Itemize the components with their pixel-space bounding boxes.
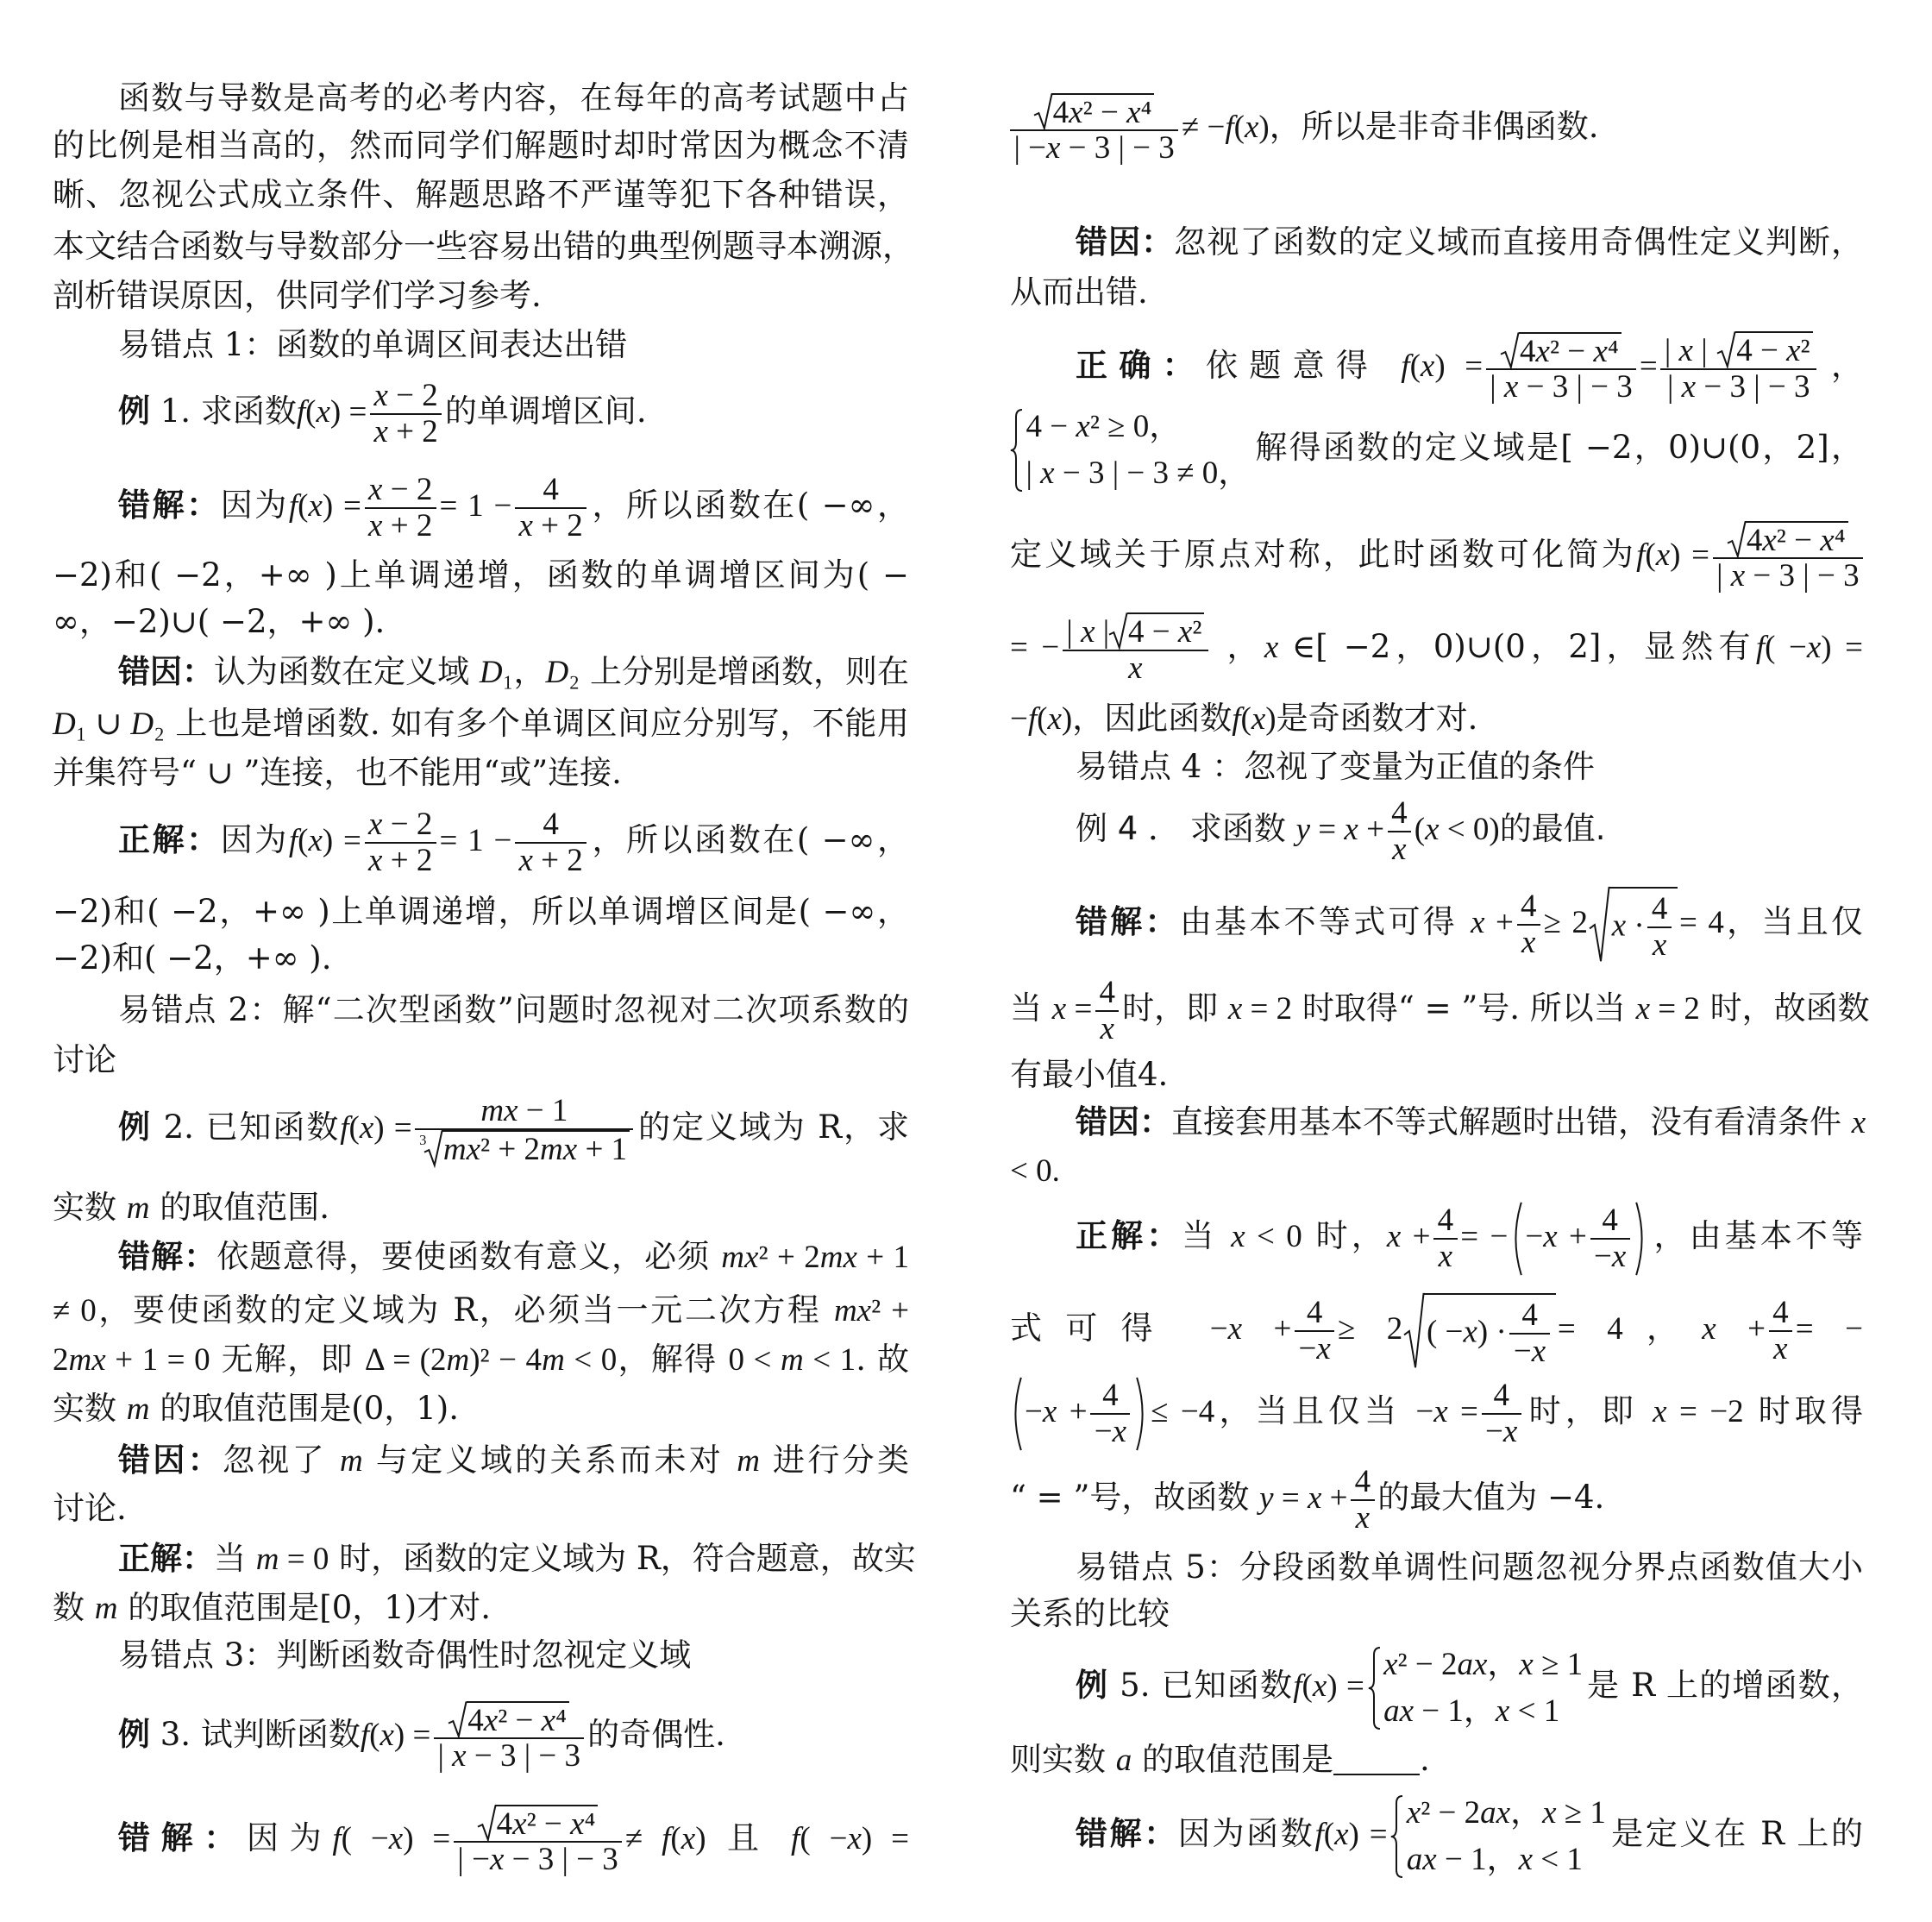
fraction: 4x² − x⁴| x − 3 | − 3 [1486,332,1636,405]
text: 的最大值为 −4. [1377,1479,1604,1516]
text: 依题意得 [1206,347,1401,384]
condition-row: | x − 3 | − 3 ≠ 0， [1026,450,1251,497]
fraction: 4x [1388,796,1411,867]
math: = − [1796,1311,1863,1347]
example-number: 1. [150,393,191,430]
fraction: x − 2x + 2 [370,379,442,449]
numerator: 4 [1433,1203,1457,1238]
math: f(x) = [340,1110,411,1146]
text: 定义域关于原点对称，此时函数可化简为 [1010,536,1636,573]
radical-sign [1590,887,1610,963]
text: . [1420,1741,1430,1778]
denominator: x + 2 [365,842,436,878]
example-1: 例 1. 求函数f(x) =x − 2x + 2的单调增区间. [118,387,909,436]
text: 且 [706,1819,792,1856]
text: 实数 [53,1189,127,1226]
math: f(x) = [1293,1668,1364,1704]
math: x + [1702,1311,1766,1347]
text: 试判断函数 [201,1716,361,1753]
radicand: x ·4x [1609,887,1678,963]
text: 求函数 [1180,810,1296,847]
fraction: 4x² − x⁴| −x − 3 | − 3 [1010,93,1178,166]
math: f(x) = [289,823,361,858]
wrong-solution-line: 有最小值4. [1010,1051,1863,1099]
label-correct-solution: 正解： [118,1540,214,1577]
right-parenthesis [1635,1202,1647,1276]
wrong-solution-line: 错解：因为函数f(x) =x² − 2ax，x ≥ 1ax − 1，x < 1是… [1076,1810,1863,1858]
radical-sign [1717,332,1735,367]
numerator: 4x² − x⁴ [1486,332,1636,368]
piece-row: ax − 1，x < 1 [1383,1688,1583,1735]
math: D₂ [546,655,580,690]
math: D₁ [480,655,514,690]
math: = 1 − [439,488,511,524]
denominator: x + 2 [515,842,586,878]
correct-solution-line: −x +4−x≤ −4，当且仅当 −x =4−x时，即 x = −2 时取得 [1010,1387,1863,1435]
label-correct-solution: 正确： [1076,347,1206,384]
wrong-reason-line: 并集符号“ ∪ ”连接，也不能用“或”连接. [53,749,909,797]
square-root: ( −x) ·4−x [1404,1293,1556,1369]
math: x [1852,1105,1866,1140]
intro-line: 本文结合函数与导数部分一些容易出错的典型例题寻本溯源， [53,223,909,271]
wrong-solution-line: 错解：因为f( −x) =4x² − x⁴| −x − 3 | − 3≠ f(x… [118,1814,909,1862]
cube-root: 3mx² + 2mx + 1 [419,1130,630,1166]
text: 无解，即 [210,1341,365,1378]
wrong-solution-line: 错解：由基本不等式可得 x +4x≥ 2x ·4x= 4，当且仅 [1076,898,1863,946]
math: x + [1471,905,1514,940]
text: “ = ”号，故函数 [1010,1479,1259,1516]
text: 上分别是增函数，则在 [580,653,909,690]
text: ，解得 [617,1341,728,1378]
text: 的取值范围是(0，1). [150,1390,459,1427]
numerator: 4 [1388,796,1411,831]
numerator: 4 [1590,1203,1630,1238]
math: ≠ 0 [53,1293,97,1328]
fraction: 4−x [1090,1379,1130,1449]
fraction: x − 2x + 2 [365,473,436,543]
example-label: 例 [118,393,150,430]
denominator: x [1769,1330,1792,1366]
denominator: | −x − 3 | − 3 [454,1841,622,1877]
math: f(x) = [361,1718,431,1753]
denominator: −x [1590,1238,1630,1274]
fraction: 4x [1517,889,1540,960]
numerator: 4 [1769,1296,1792,1330]
numerator: 4 [1517,889,1540,924]
text: . 故 [856,1341,909,1378]
numerator: 4 [1090,1379,1130,1413]
math: f(x) [1232,701,1276,737]
math: f( −x) = [791,1821,909,1856]
intro-line: 的比例是相当高的，然而同学们解题时却时常因为概念不清 [53,122,909,170]
text: 时，故函数 [1700,989,1870,1027]
fraction: 4x [1351,1465,1374,1536]
radicand: 4x² − x⁴ [467,1701,569,1737]
text: 的取值范围是 [1132,1741,1333,1778]
numerator: | x | 4 − x² [1660,331,1816,368]
text: 因为 [221,821,289,858]
fraction: 4−x [1509,1298,1549,1369]
section-heading-2: 易错点 2：解“二次型函数”问题时忽视对二次项系数的 [118,986,909,1034]
example-5: 例 5. 已知函数f(x) =x² − 2ax，x ≥ 1ax − 1，x < … [1076,1661,1863,1710]
text: ，所以函数在( −∞， [590,821,909,858]
numerator: x − 2 [370,379,442,413]
fraction: 4x [1433,1203,1457,1274]
denominator: 3mx² + 2mx + 1 [415,1128,633,1166]
math: f(x) = [1401,349,1483,384]
text: 的最值. [1500,810,1606,847]
example-2: 例 2. 已知函数f(x) =mx − 13mx² + 2mx + 1的定义域为… [118,1103,909,1152]
math: D₁ ∪ D₂ [53,707,165,742]
text: 则实数 [1010,1741,1116,1778]
denominator: x [1063,650,1208,686]
denominator: −x [1090,1413,1130,1449]
text: ，所以是非奇非偶函数. [1270,108,1599,145]
text: 因为 [221,487,289,524]
text: ， [1623,1310,1702,1347]
numerator: | x |4 − x² [1063,612,1208,650]
math: ≠ −f(x) [1182,110,1270,145]
wrong-solution-line: 错解：依题意得，要使函数有意义，必须 mx² + 2mx + 1 [118,1233,909,1281]
math: −x + [1025,1394,1088,1429]
fraction: | x | 4 − x²| x − 3 | − 3 [1660,331,1816,405]
text: 的定义域为 R，求 [637,1109,909,1146]
denominator: | −x − 3 | − 3 [1010,129,1178,166]
correct-solution-line: 正解：当 m = 0 时，函数的定义域为 R，符合题意，故实 [118,1535,909,1583]
left-brace [1010,409,1024,492]
math: = 1 − [439,823,511,858]
math: m [127,1190,150,1226]
correct-solution-line: 数 m 的取值范围是[0，1)才对. [53,1584,909,1632]
wrong-solution-line: ≠ 0，要使函数的定义域为 R，必须当一元二次方程 mx² + [53,1286,909,1335]
example-label: 例 [118,1109,152,1146]
text: 的单调增区间. [445,393,647,430]
text: 式可得 [1010,1310,1210,1347]
correct-solution-line: 4 − x² ≥ 0，| x − 3 | − 3 ≠ 0，解得函数的定义域是[ … [1010,424,1863,472]
radical-sign [1404,1293,1425,1369]
denominator: x [1388,831,1411,867]
text: 进行分类 [760,1441,909,1479]
intro-line: 函数与导数是高考的必考内容，在每年的高考试题中占 [118,74,909,122]
left-parenthesis [1510,1202,1522,1276]
fraction: 4x² − x⁴| x − 3 | − 3 [434,1701,584,1774]
wrong-reason-line: 错因：认为函数在定义域 D₁，D₂ 上分别是增函数，则在 [118,648,909,696]
square-root: 4 − x² [1717,331,1812,367]
label-wrong-reason: 错因： [118,653,214,690]
example-3: 例 3. 试判断函数f(x) =4x² − x⁴| x − 3 | − 3的奇偶… [118,1711,909,1759]
math: f(x) = [1314,1817,1387,1852]
wrong-solution-line: 4x² − x⁴| −x − 3 | − 3≠ −f(x)，所以是非奇非偶函数. [1010,103,1863,151]
denominator: x + 2 [365,507,436,543]
numerator: 4 [1647,892,1671,926]
numerator: 4 [1295,1296,1334,1330]
piecewise-function: x² − 2ax，x ≥ 1ax − 1，x < 1 [1368,1642,1584,1735]
math: f( −x) = [332,1821,450,1856]
wrong-solution-line: 2mx + 1 = 0 无解，即 Δ = (2m)² − 4m < 0，解得 0… [53,1335,909,1384]
math: 0 < m < 1 [729,1342,856,1378]
text: ，当且仅 [1724,903,1863,940]
text: 是定义在 R 上的 [1609,1815,1863,1852]
text: 的取值范围. [150,1189,330,1226]
math: = − [1460,1219,1508,1254]
fraction: 4x [1647,892,1671,963]
denominator: | x − 3 | − 3 [1713,557,1863,594]
radical-sign [1728,522,1746,557]
math: y = x + [1296,812,1384,847]
wrong-reason-line: 错因：忽视了函数的定义域而直接用奇偶性定义判断， [1076,218,1863,267]
wrong-reason-line: < 0. [1010,1146,1863,1195]
radicand: 4 − x² [1735,331,1813,367]
label-wrong-solution: 错解： [1076,1815,1178,1852]
radicand: 4x² − x⁴ [1519,332,1621,368]
wrong-solution-line: −2)和( −2，+∞ )上单调递增，函数的单调增区间为( − [53,551,909,600]
math: = [1640,349,1658,384]
condition-row: 4 − x² ≥ 0， [1026,404,1251,450]
math: m [737,1443,760,1479]
math: −f(x) [1010,701,1072,737]
square-root: 4x² − x⁴ [478,1805,599,1841]
label-correct-solution: 正解： [1076,1217,1182,1254]
text: 忽视了函数的定义域而直接用奇偶性定义判断， [1174,223,1863,261]
fraction: 4x + 2 [515,807,586,878]
fraction: 4x [1095,976,1119,1046]
right-parenthesis [1136,1377,1148,1451]
math: x = −2 [1653,1394,1744,1429]
square-root: 4x² − x⁴ [448,1701,569,1737]
text: 时取得“ = ”号. 所以当 [1292,989,1635,1027]
math: mx² + 2mx + 1 [721,1240,909,1275]
correct-solution-line: 正确：依题意得 f(x) =4x² − x⁴| x − 3 | − 3=| x … [1076,342,1863,390]
wrong-solution-line: 当 x =4x时，即 x = 2 时取得“ = ”号. 所以当 x = 2 时，… [1010,984,1863,1033]
fraction: 4x + 2 [515,473,586,543]
square-root: 4x² − x⁴ [1034,93,1155,129]
fraction: 4x² − x⁴| x − 3 | − 3 [1713,521,1863,594]
denominator: x [1433,1238,1457,1274]
math: | x | [1665,333,1708,368]
math: x · [1612,908,1645,943]
fraction: 4−x [1295,1296,1334,1366]
numerator: 4 [1482,1379,1521,1413]
fraction: | x |4 − x²x [1063,612,1208,686]
fraction: 4−x [1590,1203,1630,1274]
text: 时，即 [1524,1392,1653,1429]
denominator: x [1647,926,1671,963]
label-wrong-reason: 错因： [1076,1103,1171,1140]
fraction: 4x² − x⁴| −x − 3 | − 3 [454,1805,622,1877]
text: ， [1211,628,1264,665]
math: 2mx + 1 = 0 [53,1342,210,1378]
correct-solution-line: 正解：当 x < 0 时，x +4x= −−x +4−x，由基本不等 [1076,1212,1863,1260]
text: 依题意得，要使函数有意义，必须 [216,1238,721,1275]
text: 时取得 [1744,1392,1863,1429]
label-correct-solution: 正解： [118,821,221,858]
example-4: 例 4 ． 求函数 y = x +4x(x < 0)的最值. [1076,805,1863,853]
text: 认为函数在定义域 [214,653,480,690]
math: x < 0 [1231,1219,1302,1254]
text: 时，即 [1122,989,1228,1027]
text: 与定义域的关系而未对 [363,1441,737,1479]
correct-solution-line: 正解：因为f(x) =x − 2x + 2= 1 −4x + 2，所以函数在( … [118,816,909,864]
math: x ∈ [1264,630,1315,665]
example-5-cont: 则实数 a 的取值范围是. [1010,1736,1863,1784]
math: ≤ −4 [1151,1394,1214,1429]
correct-solution-line: −2)和( −2，+∞ ). [53,934,909,983]
text: ， [514,653,546,690]
numerator: mx − 1 [415,1094,633,1128]
radicand: 4x² − x⁴ [1051,93,1154,129]
example-label: 例 [118,1716,150,1753]
math: ≥ 2 [1338,1311,1402,1347]
denominator: | x − 3 | − 3 [434,1737,584,1774]
math: x = 2 [1228,991,1292,1027]
example-number: 3. [150,1716,191,1753]
piece-row: ax − 1，x < 1 [1407,1837,1606,1883]
fraction: 4x [1769,1296,1792,1366]
fraction: 4−x [1482,1379,1521,1449]
denominator: −x [1482,1413,1521,1449]
denominator: | x − 3 | − 3 [1486,368,1636,405]
math: = 4 [1558,1311,1623,1347]
numerator: 4 [1509,1298,1549,1333]
text: 解得函数的定义域是[ −2，0)∪(0，2]， [1253,429,1863,466]
radical-sign [1109,613,1127,649]
numerator: 4x² − x⁴ [434,1701,584,1737]
math: mx² + [834,1293,909,1328]
text: 已知函数 [1150,1667,1293,1704]
math: | x | [1066,614,1109,650]
math: = − [1010,630,1059,665]
text: 数 [53,1589,95,1626]
correct-solution-line: “ = ”号，故函数 y = x +4x的最大值为 −4. [1010,1473,1863,1522]
radical-sign [1501,333,1519,368]
radicand: 4x² − x⁴ [495,1805,598,1841]
example-2-cont: 实数 m 的取值范围. [53,1184,909,1232]
left-brace [1368,1647,1382,1730]
text: 由基本不等式可得 [1180,903,1471,940]
piecewise-function: x² − 2ax，x ≥ 1ax − 1，x < 1 [1390,1790,1606,1883]
wrong-solution-line: 实数 m 的取值范围是(0，1). [53,1385,909,1433]
fraction: mx − 13mx² + 2mx + 1 [415,1094,633,1166]
piece-row: x² − 2ax，x ≥ 1 [1383,1642,1583,1688]
wrong-reason-line: D₁ ∪ D₂ 上也是增函数. 如有多个单调区间应分别写，不能用 [53,700,909,748]
answer-blank [1333,1748,1420,1775]
math: < 0. [1010,1153,1060,1189]
label-wrong-reason: 错因： [118,1441,223,1479]
system-of-conditions: 4 − x² ≥ 0，| x − 3 | − 3 ≠ 0， [1010,404,1250,497]
section-heading-5-cont: 关系的比较 [1010,1590,1863,1638]
text: 已知函数 [194,1109,340,1146]
math: −x + [1525,1219,1587,1254]
math: (x < 0) [1414,812,1500,847]
numerator: 4x² − x⁴ [454,1805,622,1841]
denominator: x [1351,1499,1374,1536]
math: ≥ 2 [1544,905,1588,940]
example-number: 5. [1108,1667,1150,1704]
example-label: 例 4 ． [1076,810,1180,847]
text: 时， [1302,1217,1387,1254]
math: m [95,1591,118,1626]
text: 因为函数 [1178,1815,1315,1852]
section-heading-4: 易错点 4 ：忽视了变量为正值的条件 [1076,743,1863,791]
numerator: 4 [1351,1465,1374,1499]
radical-sign [424,1131,442,1166]
correct-solution-line: −2)和( −2，+∞ )上单调递增，所以单调增区间是( −∞， [53,888,909,936]
math: y = x + [1259,1480,1347,1516]
wrong-solution-line: ∞，−2)∪( −2，+∞ ). [53,598,909,646]
wrong-solution-line: 错解：因为f(x) =x − 2x + 2= 1 −4x + 2，所以函数在( … [118,481,909,530]
text: ， [1820,347,1863,384]
text: 是 R 上的增函数， [1586,1667,1863,1704]
example-number: 2. [152,1109,194,1146]
piece-row: x² − 2ax，x ≥ 1 [1407,1790,1606,1837]
math: x + [1387,1219,1431,1254]
correct-solution-line: = −| x |4 − x²x ，x ∈[ −2，0)∪(0，2]，显然有f( … [1010,623,1863,671]
text: 是奇函数才对. [1276,700,1478,737]
math: m [127,1391,150,1427]
text: 时，函数的定义域为 R，符合题意，故实 [329,1540,915,1577]
section-heading-3: 易错点 3：判断函数奇偶性时忽视定义域 [118,1631,909,1680]
fraction: x − 2x + 2 [365,807,436,878]
math: −x + [1210,1311,1292,1347]
wrong-reason-line: 讨论. [53,1485,909,1533]
text: ，所以函数在( −∞， [590,487,909,524]
text: 直接套用基本不等式解题时出错，没有看清条件 [1171,1103,1852,1140]
denominator: x [1517,924,1540,960]
text: [ −2，0)∪(0，2]，显然有 [1315,628,1756,665]
math: m = 0 [256,1542,329,1577]
radical-sign [478,1806,496,1841]
text: ，要使函数的定义域为 R，必须当一元二次方程 [97,1291,834,1328]
text: 实数 [53,1390,127,1427]
radicand: mx² + 2mx + 1 [442,1130,630,1166]
radicand: 4 − x² [1127,612,1205,649]
radical-sign [1034,94,1052,129]
denominator: −x [1295,1330,1334,1366]
denominator: −x [1509,1333,1549,1369]
math: f( −x) = [1756,630,1863,665]
math: Δ = (2m)² − 4m < 0 [365,1342,617,1378]
label-wrong-solution: 错解： [118,487,221,524]
numerator: 4x² − x⁴ [1010,93,1178,129]
math: a [1116,1743,1132,1778]
text: ，因此函数 [1072,700,1232,737]
math: f(x) = [289,488,361,524]
text: 上也是增函数. 如有多个单调区间应分别写，不能用 [165,705,909,742]
left-parenthesis [1010,1377,1022,1451]
numerator: 4 [515,807,586,842]
math: m [340,1443,363,1479]
section-heading-1: 易错点 1：函数的单调区间表达出错 [118,321,909,369]
text: ，当且仅当 [1214,1392,1415,1429]
label-wrong-reason: 错因： [1076,223,1174,261]
section-heading-2-cont: 讨论 [53,1036,909,1084]
square-root: 4x² − x⁴ [1501,332,1621,368]
example-label: 例 [1076,1667,1108,1704]
text: 当 [1010,989,1052,1027]
denominator: x + 2 [515,507,586,543]
square-root: 4x² − x⁴ [1728,521,1848,557]
math: −x = [1415,1394,1478,1429]
text: ，由基本不等 [1650,1217,1863,1254]
intro-line: 剖析错误原因，供同学们学习参考. [53,272,909,320]
denominator: x [1095,1010,1119,1046]
wrong-reason-line: 错因：直接套用基本不等式解题时出错，没有看清条件 x [1076,1098,1863,1146]
text: 求函数 [201,393,297,430]
numerator: 4 [1095,976,1119,1010]
radicand: 4x² − x⁴ [1745,521,1847,557]
math: x = 2 [1636,991,1700,1027]
label-wrong-solution: 错解： [118,1238,216,1275]
